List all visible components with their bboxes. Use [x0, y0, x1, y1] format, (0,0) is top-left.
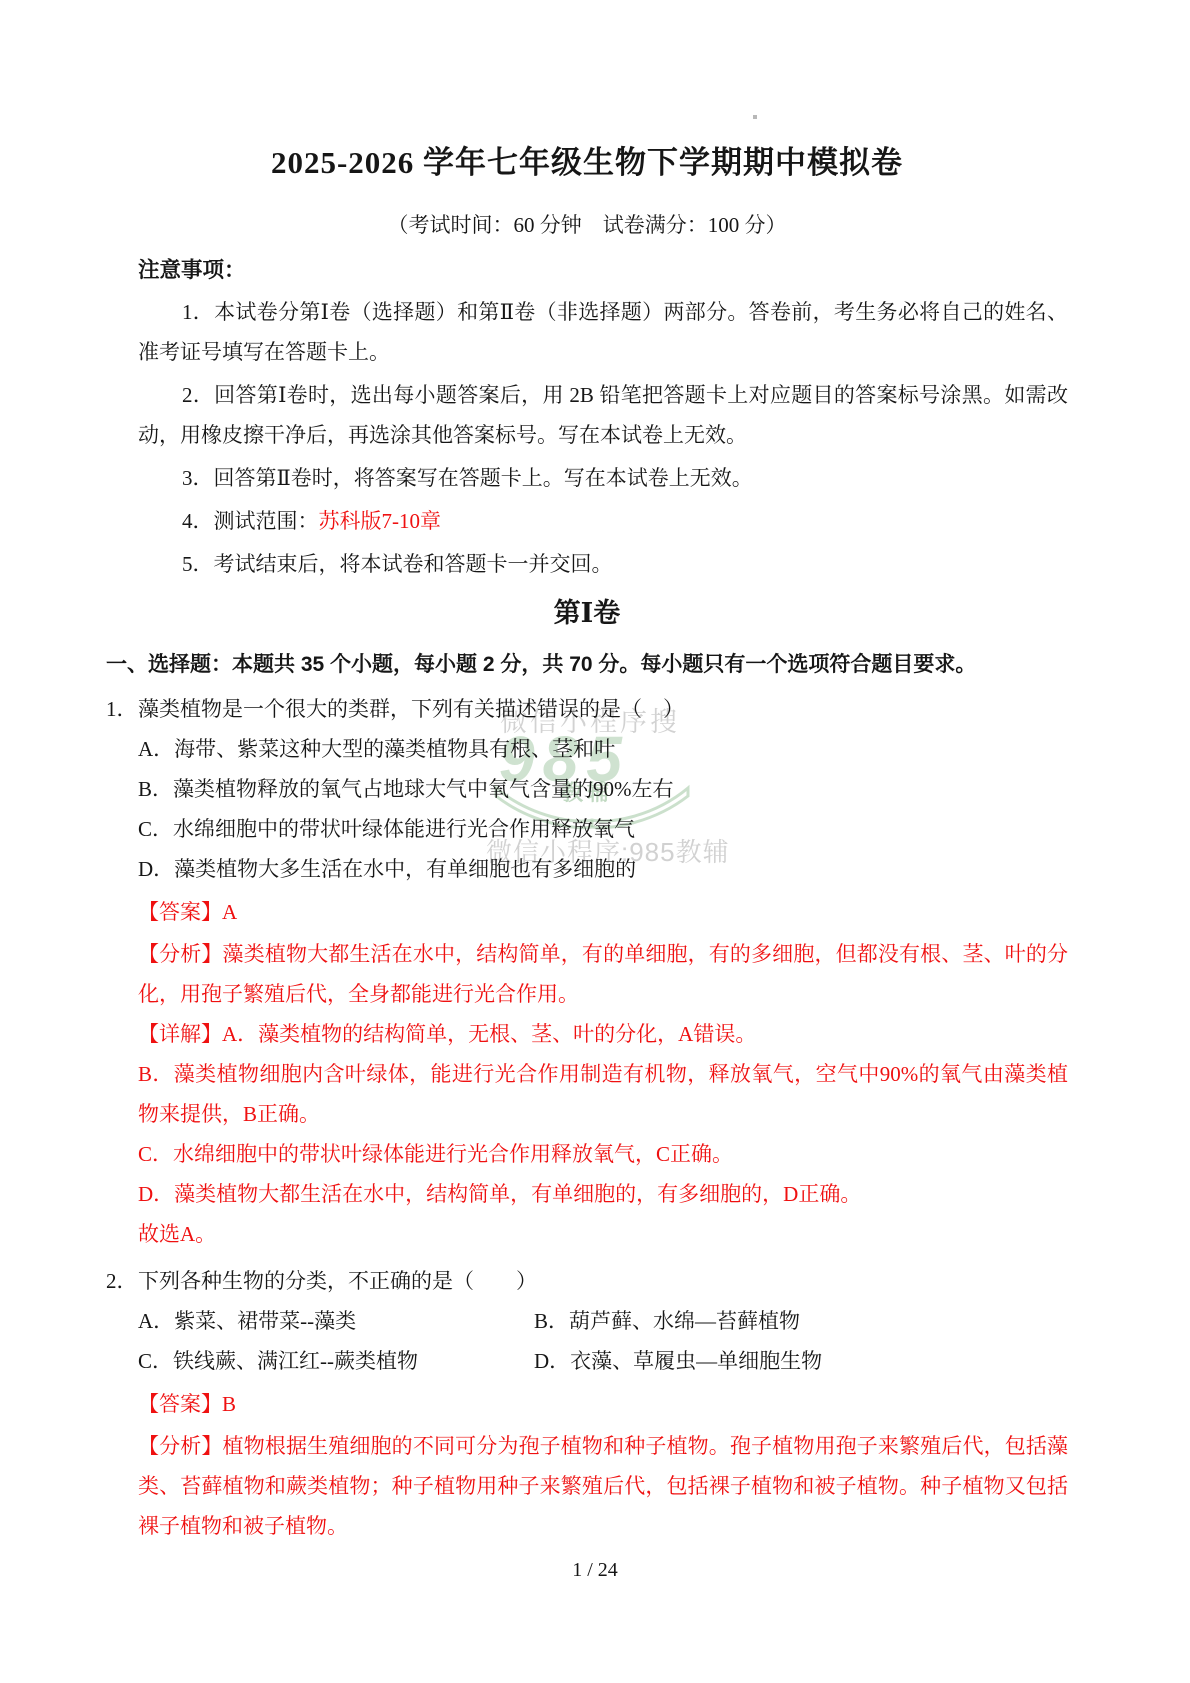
question-1-stem: 1．藻类植物是一个很大的类群，下列有关描述错误的是（ ）	[138, 689, 1068, 729]
question-1-options: A．海带、紫菜这种大型的藻类植物具有根、茎和叶 B．藻类植物释放的氧气占地球大气…	[138, 729, 1068, 889]
exam-title: 2025-2026 学年七年级生物下学期期中模拟卷	[106, 140, 1068, 186]
notice-item-4-prefix: 4．测试范围：	[182, 509, 319, 533]
question-2-analysis: 【分析】植物根据生殖细胞的不同可分为孢子植物和种子植物。孢子植物用孢子来繁殖后代…	[138, 1426, 1068, 1546]
answer-label: 【答案】	[138, 1392, 222, 1416]
analysis-line: 故选A。	[138, 1214, 1068, 1254]
question-1: 1．藻类植物是一个很大的类群，下列有关描述错误的是（ ） A．海带、紫菜这种大型…	[106, 689, 1068, 1254]
notice-list: 1．本试卷分第Ⅰ卷（选择题）和第Ⅱ卷（非选择题）两部分。答卷前，考生务必将自己的…	[138, 292, 1068, 584]
answer-label: 【答案】	[138, 900, 222, 924]
notice-item-2: 2．回答第Ⅰ卷时，选出每小题答案后，用 2B 铅笔把答题卡上对应题目的答案标号涂…	[138, 375, 1068, 455]
notice-heading: 注意事项：	[138, 256, 1068, 284]
question-2-number: 2．	[106, 1261, 138, 1301]
question-2-option-d: D．衣藻、草履虫—单细胞生物	[534, 1341, 1068, 1381]
notice-item-3: 3．回答第Ⅱ卷时，将答案写在答题卡上。写在本试卷上无效。	[138, 458, 1068, 498]
section-1-intro: 一、选择题：本题共 35 个小题，每小题 2 分，共 70 分。每小题只有一个选…	[106, 645, 1068, 685]
analysis-line: B．藻类植物细胞内含叶绿体，能进行光合作用制造有机物，释放氧气，空气中90%的氧…	[138, 1054, 1068, 1134]
question-2-answer-line: 【答案】B	[138, 1384, 1068, 1424]
question-1-analysis: 【分析】藻类植物大都生活在水中，结构简单，有的单细胞，有的多细胞，但都没有根、茎…	[138, 934, 1068, 1254]
question-1-option-c: C．水绵细胞中的带状叶绿体能进行光合作用释放氧气	[138, 809, 1068, 849]
analysis-line: D．藻类植物大都生活在水中，结构简单，有单细胞的，有多细胞的，D正确。	[138, 1174, 1068, 1214]
notice-item-5: 5．考试结束后，将本试卷和答题卡一并交回。	[138, 544, 1068, 584]
question-2: 2．下列各种生物的分类，不正确的是（ ） A．紫菜、裙带菜--藻类 B．葫芦藓、…	[106, 1261, 1068, 1546]
analysis-line: 【详解】A．藻类植物的结构简单，无根、茎、叶的分化，A错误。	[138, 1014, 1068, 1054]
notice-item-4: 4．测试范围：苏科版7-10章	[138, 501, 1068, 541]
notice-item-1: 1．本试卷分第Ⅰ卷（选择题）和第Ⅱ卷（非选择题）两部分。答卷前，考生务必将自己的…	[138, 292, 1068, 372]
page-number: 1 / 24	[0, 1552, 1190, 1588]
question-2-option-c: C．铁线蕨、满江红--蕨类植物	[138, 1341, 534, 1381]
question-2-options: A．紫菜、裙带菜--藻类 B．葫芦藓、水绵—苔藓植物 C．铁线蕨、满江红--蕨类…	[138, 1301, 1068, 1381]
analysis-line: C．水绵细胞中的带状叶绿体能进行光合作用释放氧气，C正确。	[138, 1134, 1068, 1174]
question-2-text: 下列各种生物的分类，不正确的是（ ）	[138, 1269, 537, 1293]
question-2-stem: 2．下列各种生物的分类，不正确的是（ ）	[138, 1261, 1068, 1301]
section-1-title: 第Ⅰ卷	[106, 590, 1068, 636]
question-1-number: 1．	[106, 689, 138, 729]
question-2-answer: B	[222, 1392, 236, 1416]
question-1-option-a: A．海带、紫菜这种大型的藻类植物具有根、茎和叶	[138, 729, 1068, 769]
notice-item-4-scope: 苏科版7-10章	[319, 509, 442, 533]
question-2-option-b: B．葫芦藓、水绵—苔藓植物	[534, 1301, 1068, 1341]
question-2-option-a: A．紫菜、裙带菜--藻类	[138, 1301, 534, 1341]
question-1-option-b: B．藻类植物释放的氧气占地球大气中氧气含量的90%左右	[138, 769, 1068, 809]
analysis-line: 【分析】藻类植物大都生活在水中，结构简单，有的单细胞，有的多细胞，但都没有根、茎…	[138, 934, 1068, 1014]
question-1-answer: A	[222, 900, 237, 924]
document-content: 2025-2026 学年七年级生物下学期期中模拟卷 （考试时间：60 分钟 试卷…	[0, 0, 1190, 1546]
question-1-option-d: D．藻类植物大多生活在水中，有单细胞也有多细胞的	[138, 849, 1068, 889]
question-1-text: 藻类植物是一个很大的类群，下列有关描述错误的是（ ）	[138, 697, 684, 721]
exam-paper-page: 微信小程序搜 985 教辅 微信小程序:985教辅 2025-2026 学年七年…	[0, 0, 1190, 1683]
question-1-answer-line: 【答案】A	[138, 892, 1068, 932]
analysis-line: 【分析】植物根据生殖细胞的不同可分为孢子植物和种子植物。孢子植物用孢子来繁殖后代…	[138, 1426, 1068, 1546]
exam-subtitle: （考试时间：60 分钟 试卷满分：100 分）	[106, 208, 1068, 242]
